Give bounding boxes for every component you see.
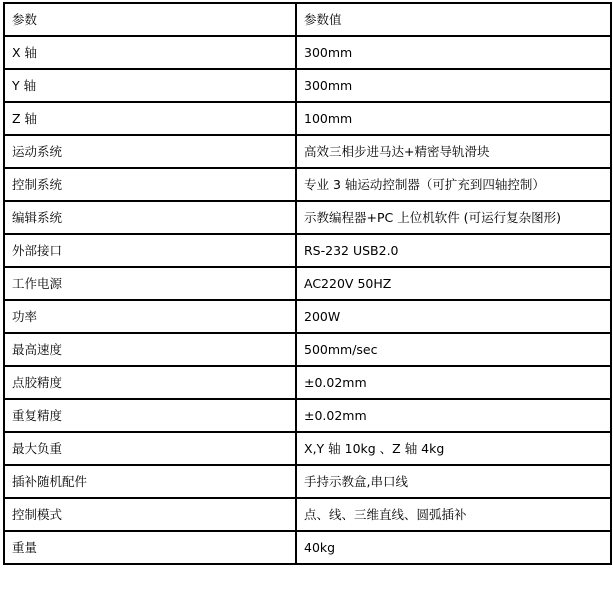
table-row: 编辑系统 示教编程器+PC 上位机软件 (可运行复杂图形) [4, 201, 611, 234]
value-cell: RS-232 USB2.0 [296, 234, 611, 267]
table-header-row: 参数 参数值 [4, 3, 611, 36]
table-row: 控制模式 点、线、三维直线、圆弧插补 [4, 498, 611, 531]
table-row: 外部接口 RS-232 USB2.0 [4, 234, 611, 267]
param-cell: 控制模式 [4, 498, 296, 531]
param-cell: 最大负重 [4, 432, 296, 465]
spec-table: 参数 参数值 X 轴 300mm Y 轴 300mm Z 轴 100mm 运动系… [3, 2, 612, 565]
value-cell: 点、线、三维直线、圆弧插补 [296, 498, 611, 531]
param-cell: 控制系统 [4, 168, 296, 201]
header-param: 参数 [4, 3, 296, 36]
param-cell: 运动系统 [4, 135, 296, 168]
table-row: 重量 40kg [4, 531, 611, 564]
table-row: 最高速度 500mm/sec [4, 333, 611, 366]
table-row: 点胶精度 ±0.02mm [4, 366, 611, 399]
value-cell: X,Y 轴 10kg 、Z 轴 4kg [296, 432, 611, 465]
table-row: 运动系统 高效三相步进马达+精密导轨滑块 [4, 135, 611, 168]
value-cell: 手持示教盒,串口线 [296, 465, 611, 498]
value-cell: 40kg [296, 531, 611, 564]
param-cell: 工作电源 [4, 267, 296, 300]
param-cell: 重量 [4, 531, 296, 564]
value-cell: 200W [296, 300, 611, 333]
param-cell: 最高速度 [4, 333, 296, 366]
header-value: 参数值 [296, 3, 611, 36]
param-cell: 插补随机配件 [4, 465, 296, 498]
param-cell: 编辑系统 [4, 201, 296, 234]
param-cell: Z 轴 [4, 102, 296, 135]
table-row: 重复精度 ±0.02mm [4, 399, 611, 432]
value-cell: AC220V 50HZ [296, 267, 611, 300]
param-cell: 重复精度 [4, 399, 296, 432]
table-row: 控制系统 专业 3 轴运动控制器（可扩充到四轴控制） [4, 168, 611, 201]
table-row: X 轴 300mm [4, 36, 611, 69]
value-cell: 300mm [296, 69, 611, 102]
value-cell: 专业 3 轴运动控制器（可扩充到四轴控制） [296, 168, 611, 201]
value-cell: ±0.02mm [296, 399, 611, 432]
value-cell: 100mm [296, 102, 611, 135]
param-cell: 功率 [4, 300, 296, 333]
value-cell: 示教编程器+PC 上位机软件 (可运行复杂图形) [296, 201, 611, 234]
table-row: 插补随机配件 手持示教盒,串口线 [4, 465, 611, 498]
table-row: Y 轴 300mm [4, 69, 611, 102]
value-cell: 300mm [296, 36, 611, 69]
value-cell: 500mm/sec [296, 333, 611, 366]
value-cell: 高效三相步进马达+精密导轨滑块 [296, 135, 611, 168]
value-cell: ±0.02mm [296, 366, 611, 399]
param-cell: X 轴 [4, 36, 296, 69]
param-cell: 外部接口 [4, 234, 296, 267]
table-row: Z 轴 100mm [4, 102, 611, 135]
param-cell: 点胶精度 [4, 366, 296, 399]
param-cell: Y 轴 [4, 69, 296, 102]
table-row: 最大负重 X,Y 轴 10kg 、Z 轴 4kg [4, 432, 611, 465]
table-row: 工作电源 AC220V 50HZ [4, 267, 611, 300]
table-row: 功率 200W [4, 300, 611, 333]
